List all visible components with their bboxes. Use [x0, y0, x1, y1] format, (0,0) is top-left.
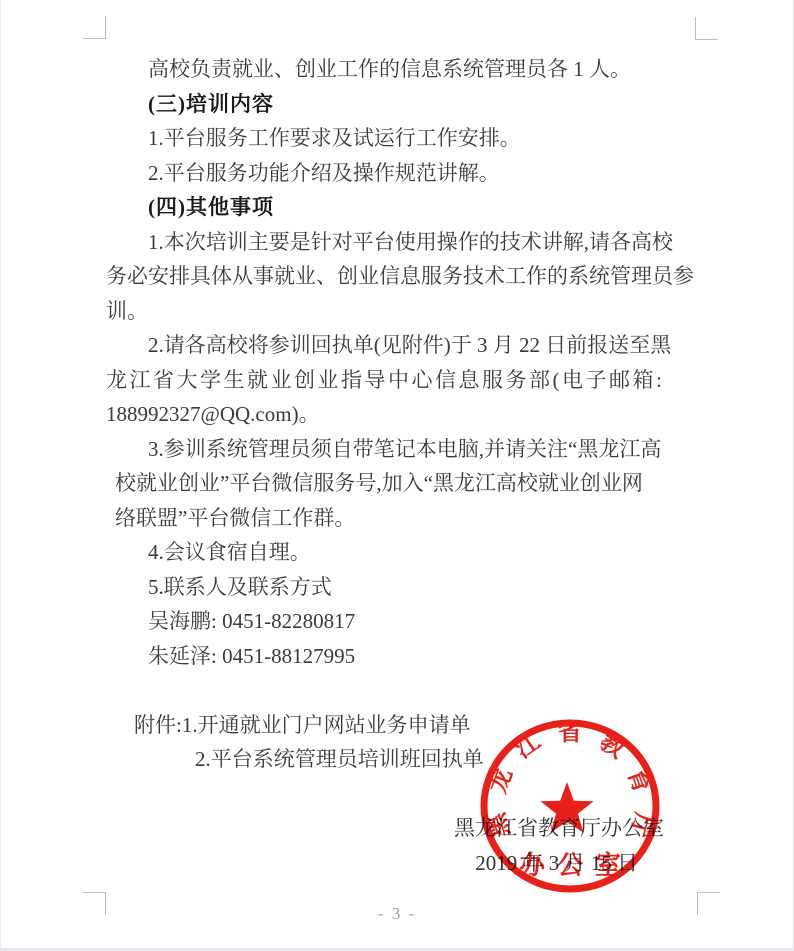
blank-line	[106, 777, 692, 812]
document-line: 1.平台服务工作要求及试运行工作安排。	[106, 121, 692, 156]
crop-mark-top-left	[83, 16, 106, 39]
signature-office: 黑龙江省教育厅办公室	[106, 811, 692, 846]
attachment-line: 附件:1.开通就业门户网站业务申请单	[106, 708, 692, 743]
document-line: 1.本次培训主要是针对平台使用操作的技术讲解,请各高校	[106, 225, 692, 260]
document-line: 2.平台服务功能介绍及操作规范讲解。	[106, 156, 692, 191]
document-line: 校就业创业”平台微信服务号,加入“黑龙江高校就业创业网	[106, 466, 692, 501]
crop-mark-top-right	[695, 17, 718, 40]
document-line: 4.会议食宿自理。	[106, 535, 692, 570]
section-heading-other-matters: (四)其他事项	[106, 190, 692, 225]
document-line: 络联盟”平台微信工作群。	[106, 501, 692, 536]
document-line: 3.参训系统管理员须自带笔记本电脑,并请关注“黑龙江高	[106, 432, 692, 467]
contact-line: 吴海鹏: 0451-82280817	[106, 604, 692, 639]
document-line: 2.请各高校将参训回执单(见附件)于 3 月 22 日前报送至黑	[106, 328, 692, 363]
document-body: 高校负责就业、创业工作的信息系统管理员各 1 人。 (三)培训内容 1.平台服务…	[106, 52, 692, 880]
section-heading-training-content: (三)培训内容	[106, 87, 692, 122]
document-line: 训。	[106, 294, 692, 329]
document-line: 龙江省大学生就业创业指导中心信息服务部(电子邮箱:	[106, 363, 692, 398]
page-left-edge	[0, 0, 1, 951]
signature-date: 2019 年 3 月 15 日	[106, 846, 692, 881]
document-line: 5.联系人及联系方式	[106, 570, 692, 605]
page-number: - 3 -	[0, 903, 794, 925]
attachment-line: 2.平台系统管理员培训班回执单	[106, 742, 692, 777]
document-line: 高校负责就业、创业工作的信息系统管理员各 1 人。	[106, 52, 692, 87]
blank-line	[106, 673, 692, 708]
document-line: 务必安排具体从事就业、创业信息服务技术工作的系统管理员参	[106, 259, 692, 294]
contact-line: 朱延泽: 0451-88127995	[106, 639, 692, 674]
email-line: 188992327@QQ.com)。	[106, 397, 692, 432]
